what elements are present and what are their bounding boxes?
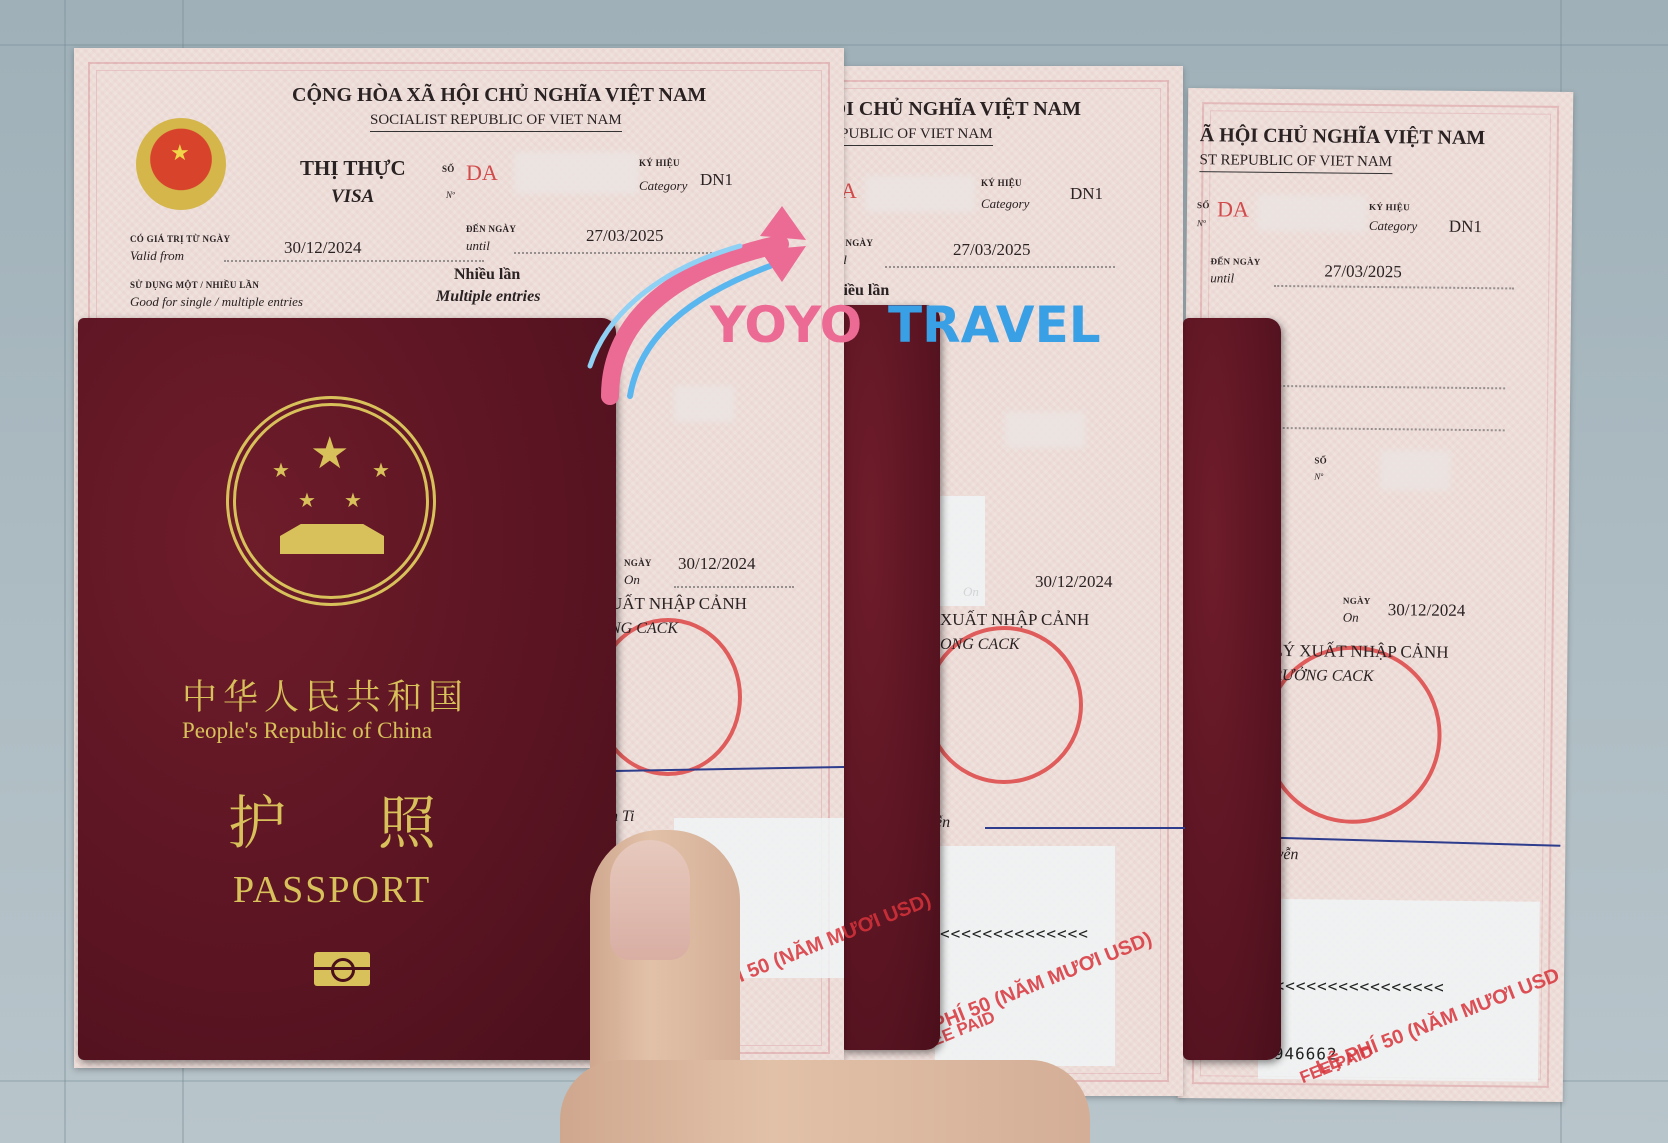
- visa-issued-date: 30/12/2024: [1388, 600, 1466, 621]
- vietnam-emblem-icon: ★: [136, 118, 226, 210]
- passport-country-en: People's Republic of China: [182, 718, 432, 744]
- visa-valid-from: 30/12/2024: [284, 238, 361, 258]
- watermark-brand-2: TRAVEL: [888, 296, 1101, 354]
- visa-header-vi: CỘNG HÒA XÃ HỘI CHỦ NGHĨA VIỆT NAM: [292, 84, 706, 107]
- visa-title-en: VISA: [331, 186, 374, 208]
- visa-category: DN1: [1070, 184, 1103, 204]
- official-seal-stamp: [594, 618, 742, 776]
- redacted-number: [1257, 195, 1367, 232]
- biometric-chip-icon: [314, 952, 370, 986]
- passport-title-en: PASSPORT: [233, 868, 431, 912]
- hand-palm: [560, 1060, 1090, 1143]
- visa-header-en: ST REPUBLIC OF VIET NAM: [1199, 152, 1392, 174]
- visa-number: DA: [1217, 196, 1249, 222]
- watermark-logo: YOYO TRAVEL: [570, 206, 1100, 406]
- passport-3: [1183, 318, 1281, 1060]
- visa-until: 27/03/2025: [1324, 261, 1402, 282]
- passport-country-zh: 中华人民共和国: [182, 670, 469, 720]
- visa-header-en: REPUBLIC OF VIET NAM: [821, 126, 993, 146]
- visa-header-vi: HỘI CHỦ NGHĨA VIỆT NAM: [815, 98, 1081, 121]
- visa-category: DN1: [1449, 217, 1482, 237]
- thumbnail: [610, 840, 690, 960]
- visa-header-en: SOCIALIST REPUBLIC OF VIET NAM: [370, 112, 622, 132]
- visa-entries: Nhiều lần: [454, 266, 520, 284]
- visa-number: DA: [466, 160, 498, 186]
- watermark-brand-1: YOYO: [710, 296, 862, 354]
- visa-issued-date: 30/12/2024: [678, 554, 755, 574]
- visa-header-vi: Ã HỘI CHỦ NGHĨA VIỆT NAM: [1200, 124, 1486, 150]
- passport-title-zh-2: 照: [378, 776, 436, 860]
- visa-title-vi: THỊ THỰC: [300, 156, 406, 181]
- national-emblem-icon: ★ ★ ★ ★ ★: [226, 396, 436, 606]
- passport-china: ★ ★ ★ ★ ★ 中华人民共和国 People's Republic of C…: [78, 318, 616, 1060]
- visa-issued-date: 30/12/2024: [1035, 572, 1112, 592]
- passport-title-zh-1: 护: [228, 776, 286, 860]
- visa-category: DN1: [700, 170, 733, 190]
